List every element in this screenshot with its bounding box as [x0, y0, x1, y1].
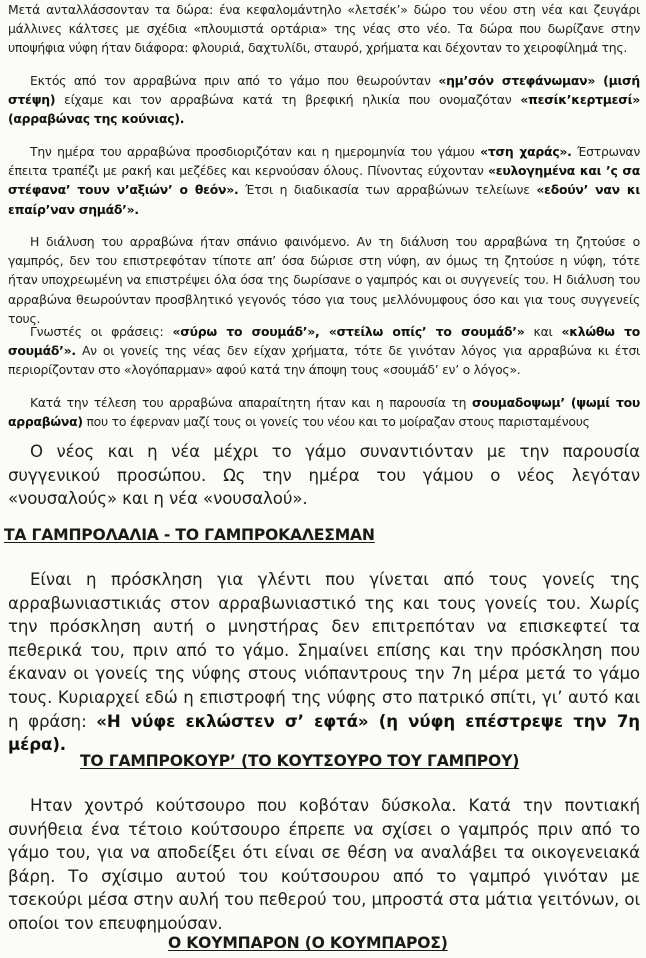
- paragraph-betrothal-types: Εκτός από τον αρραβώνα πριν από το γάμο …: [8, 71, 640, 129]
- text-run: Μετά ανταλλάσσονταν τα δώρα: ένα κεφαλομ…: [8, 2, 640, 55]
- paragraph-gamprokour: Ηταν χοντρό κούτσουρο που κοβόταν δύσκολ…: [8, 794, 640, 936]
- paragraph-dissolution: Η διάλυση του αρραβώνα ήταν σπάνιο φαινό…: [8, 232, 640, 328]
- section-heading-gamprokour: ΤΟ ΓΑΜΠΡΟΚΟΥΡ’ (ΤΟ ΚΟΥΤΣΟΥΡΟ ΤΟΥ ΓΑΜΠΡΟΥ…: [80, 752, 519, 770]
- text-run: και: [525, 324, 562, 339]
- text-run: Αν οι γονείς της νέας δεν είχαν χρήματα,…: [8, 343, 640, 377]
- text-run: Την ημέρα του αρραβώνα προσδιοριζόταν κα…: [30, 144, 480, 159]
- text-run: Ηταν χοντρό κούτσουρο που κοβόταν δύσκολ…: [8, 796, 640, 933]
- text-run: Ο νέος και η νέα μέχρι το γάμο συναντιόν…: [8, 442, 640, 508]
- text-run: Είναι η πρόσκληση για γλέντι που γίνεται…: [8, 570, 640, 731]
- paragraph-wedding-date: Την ημέρα του αρραβώνα προσδιοριζόταν κα…: [8, 142, 640, 219]
- emphasized-phrase: «σύρω το σουμάδ’», «στείλω οπίς’ το σουμ…: [173, 324, 525, 339]
- text-run: που το έφερναν μαζί τους οι γονείς του ν…: [83, 414, 590, 429]
- document-page: Μετά ανταλλάσσονταν τα δώρα: ένα κεφαλομ…: [0, 0, 646, 958]
- paragraph-gamprolalia: Είναι η πρόσκληση για γλέντι που γίνεται…: [8, 568, 640, 757]
- emphasized-phrase: «Η νύφε εκλώστεν σ’ εφτά» (η νύφη επέστρ…: [8, 712, 640, 755]
- section-heading-koumparon: Ο ΚΟΥΜΠΑΡΟΝ (Ο ΚΟΥΜΠΑΡΟΣ): [168, 934, 448, 952]
- text-run: Έτσι η διαδικασία των αρραβώνων τελείωνε: [238, 182, 536, 197]
- paragraph-soumadopsomi: Κατά την τέλεση του αρραβώνα απαραίτητη …: [8, 393, 640, 431]
- text-run: Η διάλυση του αρραβώνα ήταν σπάνιο φαινό…: [8, 234, 640, 326]
- text-run: Κατά την τέλεση του αρραβώνα απαραίτητη …: [30, 395, 472, 410]
- text-run: Γνωστές οι φράσεις:: [30, 324, 173, 339]
- paragraph-phrases: Γνωστές οι φράσεις: «σύρω το σουμάδ’», «…: [8, 322, 640, 380]
- section-heading-gamprolalia: ΤΑ ΓΑΜΠΡΟΛΑΛΙΑ - ΤΟ ΓΑΜΠΡΟΚΑΛΕΣΜΑΝ: [4, 526, 375, 544]
- paragraph-gifts: Μετά ανταλλάσσονταν τα δώρα: ένα κεφαλομ…: [8, 0, 640, 58]
- text-run: Εκτός από τον αρραβώνα πριν από το γάμο …: [30, 73, 438, 88]
- paragraph-meetings: Ο νέος και η νέα μέχρι το γάμο συναντιόν…: [8, 440, 640, 511]
- text-run: είχαμε και τον αρραβώνα κατά τη βρεφική …: [55, 92, 520, 107]
- emphasized-phrase: «τση χαράς».: [480, 144, 572, 159]
